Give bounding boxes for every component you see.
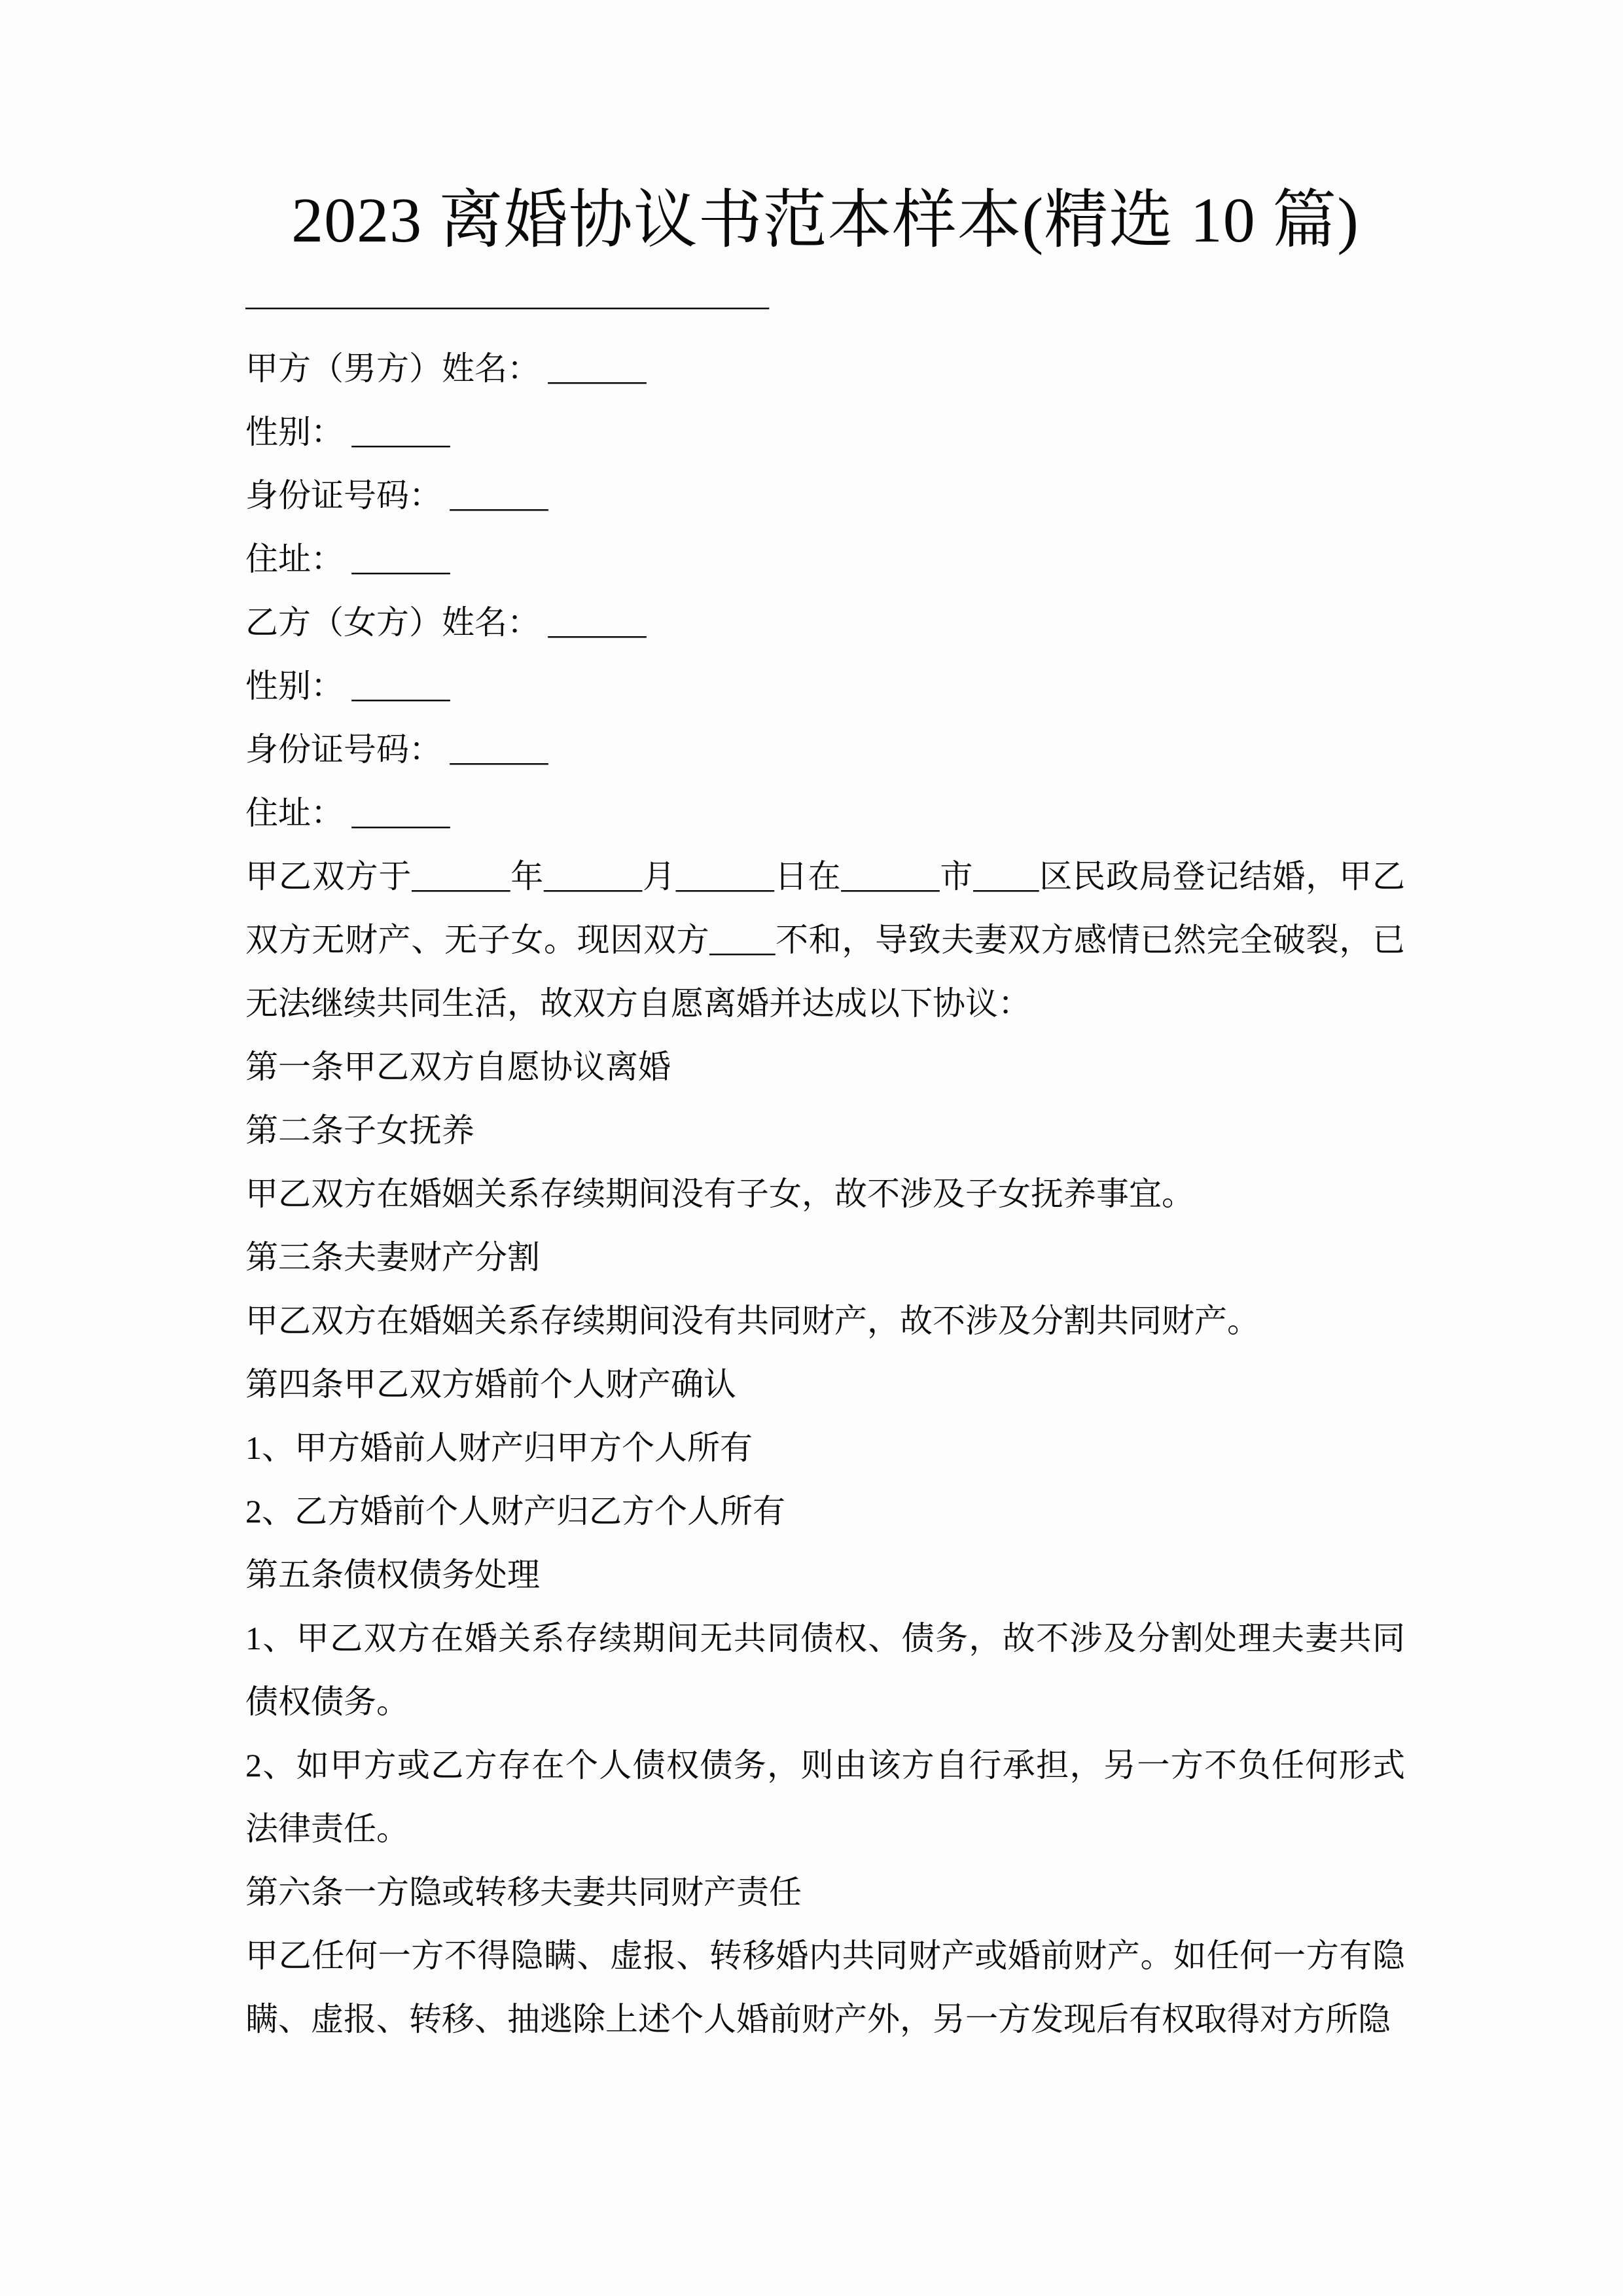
clause-6-heading: 第六条一方隐或转移夫妻共同财产责任	[245, 1861, 1405, 1924]
field-party-b-address: 住址： ______	[245, 781, 1405, 845]
field-party-a-id-number: 身份证号码： ______	[245, 464, 1405, 528]
clause-4-heading: 第四条甲乙双方婚前个人财产确认	[245, 1353, 1405, 1416]
clause-5-item-2: 2、如甲方或乙方存在个人债权债务，则由该方自行承担，另一方不负任何形式法律责任。	[245, 1734, 1405, 1861]
clause-1-heading: 第一条甲乙双方自愿协议离婚	[245, 1035, 1405, 1099]
document-page: 2023 离婚协议书范本样本(精选 10 篇) ————————————————…	[0, 0, 1623, 2296]
clause-5-heading: 第五条债权债务处理	[245, 1543, 1405, 1607]
document-title: 2023 离婚协议书范本样本(精选 10 篇)	[245, 168, 1405, 274]
clause-6-body: 甲乙任何一方不得隐瞒、虚报、转移婚内共同财产或婚前财产。如任何一方有隐瞒、虚报、…	[245, 1924, 1405, 2051]
clause-2-heading: 第二条子女抚养	[245, 1099, 1405, 1162]
clause-3-heading: 第三条夫妻财产分割	[245, 1226, 1405, 1289]
clause-4-item-2: 2、乙方婚前个人财产归乙方个人所有	[245, 1480, 1405, 1543]
field-party-b-name: 乙方（女方）姓名： ______	[245, 591, 1405, 655]
clause-3-body: 甲乙双方在婚姻关系存续期间没有共同财产，故不涉及分割共同财产。	[245, 1289, 1405, 1353]
field-party-a-gender: 性别： ______	[245, 401, 1405, 464]
field-party-b-gender: 性别： ______	[245, 655, 1405, 718]
intro-paragraph: 甲乙双方于______年______月______日在______市____区民…	[245, 845, 1405, 1035]
title-divider-line: ————————————————	[245, 274, 1405, 337]
field-party-b-id-number: 身份证号码： ______	[245, 718, 1405, 781]
clause-2-body: 甲乙双方在婚姻关系存续期间没有子女，故不涉及子女抚养事宜。	[245, 1162, 1405, 1226]
clause-4-item-1: 1、甲方婚前人财产归甲方个人所有	[245, 1416, 1405, 1480]
clause-5-item-1: 1、甲乙双方在婚关系存续期间无共同债权、债务，故不涉及分割处理夫妻共同债权债务。	[245, 1607, 1405, 1734]
document-content: 2023 离婚协议书范本样本(精选 10 篇) ————————————————…	[245, 168, 1405, 2051]
field-party-a-name: 甲方（男方）姓名： ______	[245, 337, 1405, 401]
field-party-a-address: 住址： ______	[245, 528, 1405, 591]
